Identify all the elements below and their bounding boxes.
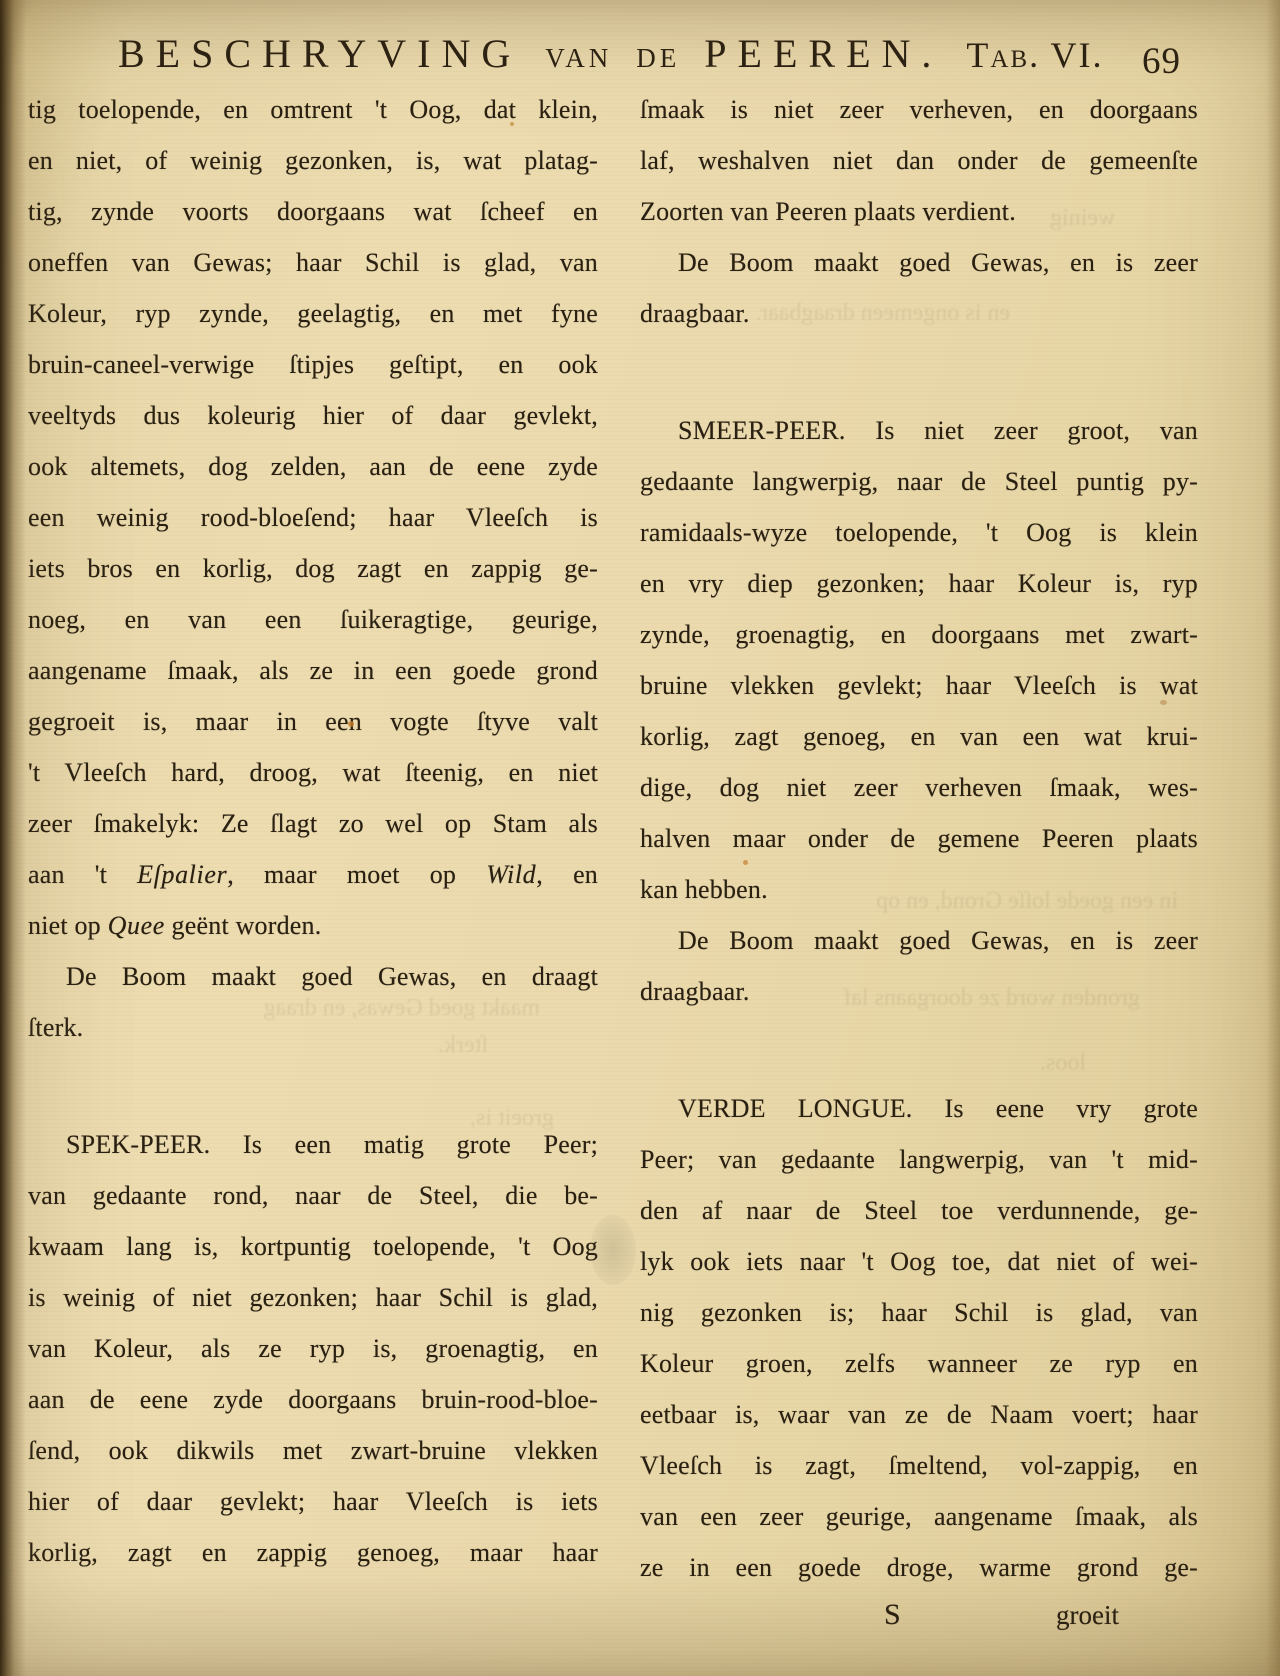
paragraph: ſmaak is niet zeer verheven, en doorgaan… — [640, 84, 1198, 237]
text-line: niet op Quee geënt worden. — [28, 900, 598, 951]
text-line: SPEK-PEER. Is een matig grote Peer; — [28, 1119, 598, 1170]
text-line: hier of daar gevlekt; haar Vleeſch is ie… — [28, 1476, 598, 1527]
text-line: De Boom maakt goed Gewas, en is zeer — [640, 237, 1198, 288]
text-line: aan de eene zyde doorgaans bruin-rood-bl… — [28, 1374, 598, 1425]
page-edge-shadow — [1266, 0, 1280, 1676]
binding-shadow — [0, 0, 26, 1676]
text-line: halven maar onder de gemene Peeren plaat… — [640, 813, 1198, 864]
header-connector: de — [636, 43, 680, 74]
header-title-word: PEEREN. — [704, 30, 942, 77]
text-line: gedaante langwerpig, naar de Steel punti… — [640, 456, 1198, 507]
text-line: ook altemets, dog zelden, aan de eene zy… — [28, 441, 598, 492]
text-line: ſterk. — [28, 1002, 598, 1053]
paragraph: VERDE LONGUE. Is eene vry grotePeer; van… — [640, 1083, 1198, 1593]
text-line: Peer; van gedaante langwerpig, van 't mi… — [640, 1134, 1198, 1185]
text-line: korlig, zagt en zappig genoeg, maar haar — [28, 1527, 598, 1578]
text-line: bruin-caneel-verwige ſtipjes geſtipt, en… — [28, 339, 598, 390]
text-line: is weinig of niet gezonken; haar Schil i… — [28, 1272, 598, 1323]
text-line: SMEER-PEER. Is niet zeer groot, van — [640, 405, 1198, 456]
paragraph: SMEER-PEER. Is niet zeer groot, vangedaa… — [640, 405, 1198, 915]
text-line: VERDE LONGUE. Is eene vry grote — [640, 1083, 1198, 1134]
book-page: BESCHRYVING van de PEEREN. Tab. VI. 69 w… — [0, 0, 1280, 1676]
text-line: veeltyds dus koleurig hier of daar gevle… — [28, 390, 598, 441]
paragraph: SPEK-PEER. Is een matig grote Peer;van g… — [28, 1119, 598, 1578]
text-line: van gedaante rond, naar de Steel, die be… — [28, 1170, 598, 1221]
column-left: tig toelopende, en omtrent 't Oog, dat k… — [28, 84, 598, 1578]
text-line: draagbaar. — [640, 966, 1198, 1017]
text-line: lyk ook iets naar 't Oog toe, dat niet o… — [640, 1236, 1198, 1287]
header-title-word: BESCHRYVING — [118, 30, 521, 77]
text-line: ramidaals-wyze toelopende, 't Oog is kle… — [640, 507, 1198, 558]
text-line: tig toelopende, en omtrent 't Oog, dat k… — [28, 84, 598, 135]
text-line: Koleur, ryp zynde, geelagtig, en met fyn… — [28, 288, 598, 339]
signature-mark: S — [884, 1598, 901, 1632]
text-line: den af naar de Steel toe verdunnende, ge… — [640, 1185, 1198, 1236]
text-line: nig gezonken is; haar Schil is glad, van — [640, 1287, 1198, 1338]
text-line: dige, dog niet zeer verheven ſmaak, wes- — [640, 762, 1198, 813]
page-number: 69 — [1142, 40, 1181, 83]
text-line: De Boom maakt goed Gewas, en is zeer — [640, 915, 1198, 966]
text-line: Zoorten van Peeren plaats verdient. — [640, 186, 1198, 237]
text-line: noeg, en van een ſuikeragtige, geurige, — [28, 594, 598, 645]
text-line: korlig, zagt genoeg, en van een wat krui… — [640, 711, 1198, 762]
text-line: Koleur groen, zelfs wanneer ze ryp en — [640, 1338, 1198, 1389]
tab-number: VI. — [1051, 35, 1104, 75]
text-line: Vleeſch is zagt, ſmeltend, vol-zappig, e… — [640, 1440, 1198, 1491]
running-header: BESCHRYVING van de PEEREN. Tab. VI. — [118, 30, 1160, 77]
text-line: een weinig rood-bloeſend; haar Vleeſch i… — [28, 492, 598, 543]
text-line: en vry diep gezonken; haar Koleur is, ry… — [640, 558, 1198, 609]
text-line: aangename ſmaak, als ze in een goede gro… — [28, 645, 598, 696]
text-line: en niet, of weinig gezonken, is, wat pla… — [28, 135, 598, 186]
header-tab-reference: Tab. VI. — [966, 34, 1103, 76]
text-line: oneffen van Gewas; haar Schil is glad, v… — [28, 237, 598, 288]
text-line: ze in een goede droge, warme grond ge- — [640, 1542, 1198, 1593]
text-line: ſend, ook dikwils met zwart-bruine vlekk… — [28, 1425, 598, 1476]
text-line: ſmaak is niet zeer verheven, en doorgaan… — [640, 84, 1198, 135]
catchword: groeit — [1056, 1600, 1119, 1631]
text-line: van een zeer geurige, aangename ſmaak, a… — [640, 1491, 1198, 1542]
column-right: ſmaak is niet zeer verheven, en doorgaan… — [640, 84, 1198, 1593]
text-line: 't Vleeſch hard, droog, wat ſteenig, en … — [28, 747, 598, 798]
header-connector: van — [545, 43, 612, 74]
text-line: bruine vlekken gevlekt; haar Vleeſch is … — [640, 660, 1198, 711]
text-line: laf, weshalven niet dan onder de gemeenſ… — [640, 135, 1198, 186]
text-line: aan 't Eſpalier, maar moet op Wild, en — [28, 849, 598, 900]
paragraph: De Boom maakt goed Gewas, en is zeerdraa… — [640, 237, 1198, 339]
text-line: kan hebben. — [640, 864, 1198, 915]
text-line: zeer ſmakelyk: Ze ſlagt zo wel op Stam a… — [28, 798, 598, 849]
text-line: kwaam lang is, kortpuntig toelopende, 't… — [28, 1221, 598, 1272]
text-line: gegroeit is, maar in een vogte ſtyve val… — [28, 696, 598, 747]
text-line: van Koleur, als ze ryp is, groenagtig, e… — [28, 1323, 598, 1374]
tab-label: Tab. — [966, 35, 1040, 75]
text-line: zynde, groenagtig, en doorgaans met zwar… — [640, 609, 1198, 660]
text-line: De Boom maakt goed Gewas, en draagt — [28, 951, 598, 1002]
text-line: draagbaar. — [640, 288, 1198, 339]
paragraph: De Boom maakt goed Gewas, en draagtſterk… — [28, 951, 598, 1053]
text-line: tig, zynde voorts doorgaans wat ſcheef e… — [28, 186, 598, 237]
text-line: iets bros en korlig, dog zagt en zappig … — [28, 543, 598, 594]
paragraph: tig toelopende, en omtrent 't Oog, dat k… — [28, 84, 598, 951]
text-line: eetbaar is, waar van ze de Naam voert; h… — [640, 1389, 1198, 1440]
paragraph: De Boom maakt goed Gewas, en is zeerdraa… — [640, 915, 1198, 1017]
